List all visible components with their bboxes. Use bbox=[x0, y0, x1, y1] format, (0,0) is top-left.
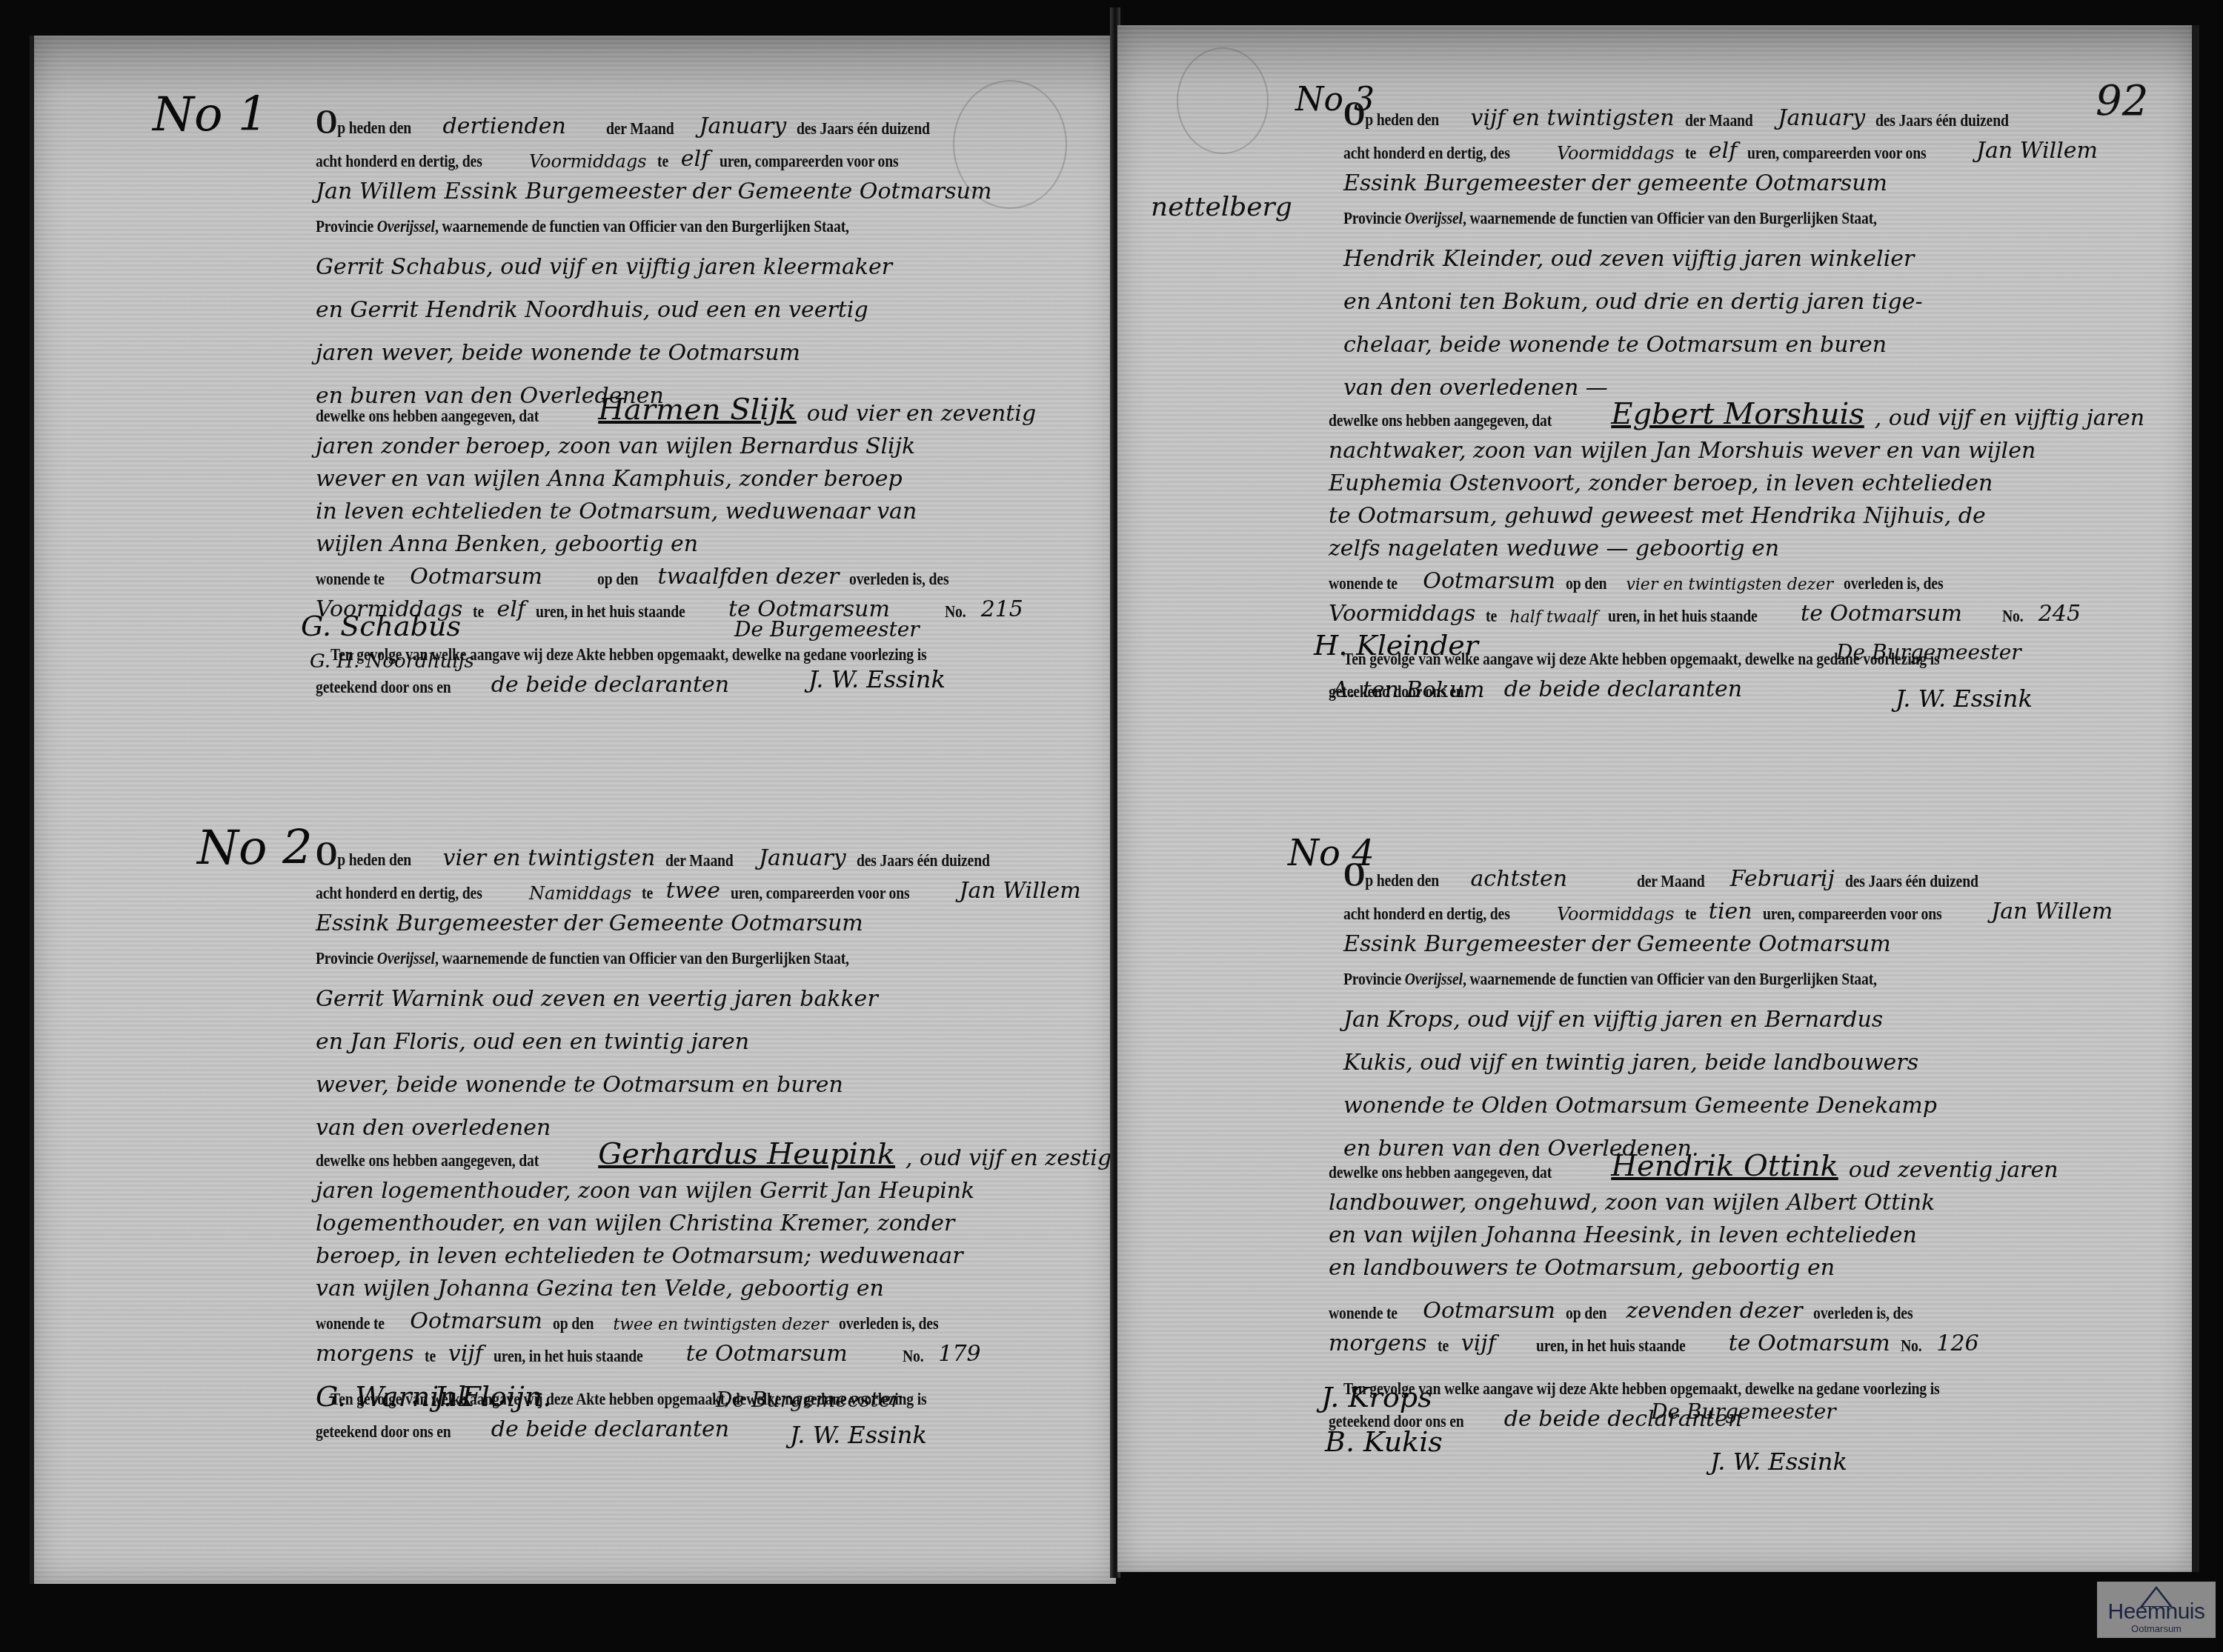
deceased-name: Harmen Slijk bbox=[598, 393, 797, 427]
witness-line: Gerrit Schabus, oud vijf en vijftig jare… bbox=[316, 254, 892, 280]
heemhuis-logo: Heemhuis Ootmarsum bbox=[2097, 1582, 2216, 1638]
embossed-stamp bbox=[1177, 47, 1269, 154]
mayor-signature: J. W. Essink bbox=[1710, 1448, 1847, 1476]
house-number: 126 bbox=[1936, 1330, 1978, 1356]
mayor-title: De Burgemeester bbox=[1836, 640, 2021, 665]
deceased-name: Gerhardus Heupink bbox=[598, 1137, 895, 1171]
mayor-title: De Burgemeester bbox=[716, 1388, 901, 1412]
witness-signature: G. Schabus bbox=[301, 610, 461, 642]
death-record-details-4: dewelke ons hebben aangegeven, dat Hendr… bbox=[1329, 1140, 2114, 1432]
margin-note: nettelberg bbox=[1151, 192, 1292, 222]
entry-number: No 1 bbox=[153, 87, 268, 142]
mayor-signature: J. W. Essink bbox=[808, 665, 946, 693]
witness-signature: G. H. Noordhuijs bbox=[310, 650, 474, 673]
left-page: No 1 Op heden den dertienden der Maand J… bbox=[30, 36, 1116, 1584]
death-record-entry-3: Op heden den vijf en twintigsten der Maa… bbox=[1343, 88, 2129, 401]
deceased-name: Hendrik Ottink bbox=[1611, 1149, 1838, 1183]
witness-signature: J. Krops bbox=[1321, 1381, 1432, 1413]
witness-signature: B. Kukis bbox=[1325, 1425, 1443, 1458]
witness-signature: H. Kleinder bbox=[1314, 629, 1478, 662]
witness-signature: J. Floijn. bbox=[434, 1380, 551, 1413]
mayor-title: De Burgemeester bbox=[734, 617, 920, 642]
mayor-signature: J. W. Essink bbox=[1895, 685, 2033, 713]
death-record-entry-1: Op heden den dertienden der Maand Januar… bbox=[316, 96, 1101, 409]
house-number: 245 bbox=[2038, 601, 2081, 627]
logo-place: Ootmarsum bbox=[2131, 1623, 2182, 1635]
house-roof-icon bbox=[2140, 1586, 2173, 1607]
death-record-entry-2: Op heden den vier en twintigsten der Maa… bbox=[316, 828, 1101, 1141]
day-field: dertienden bbox=[442, 113, 565, 139]
witness-line: jaren wever, beide wonende te Ootmarsum bbox=[316, 340, 800, 366]
deceased-name: Egbert Morshuis bbox=[1611, 397, 1864, 431]
right-page: 92 nettelberg No 3 Op heden den vijf en … bbox=[1117, 25, 2199, 1572]
witness-signature: A. ten Bokum bbox=[1332, 677, 1484, 703]
witness-line: en Gerrit Hendrik Noordhuis, oud een en … bbox=[316, 297, 868, 323]
entry-number: No 2 bbox=[197, 821, 313, 876]
death-record-entry-4: Op heden den achtsten der Maand Februari… bbox=[1343, 849, 2129, 1162]
house-number: 179 bbox=[938, 1341, 980, 1367]
mayor-signature: J. W. Essink bbox=[790, 1421, 927, 1449]
mayor-title: De Burgemeester bbox=[1651, 1399, 1836, 1424]
house-number: 215 bbox=[981, 596, 1023, 622]
mayor-name: Jan Willem Essink Burgemeester der Gemee… bbox=[316, 179, 991, 204]
month-field: January bbox=[700, 113, 787, 139]
